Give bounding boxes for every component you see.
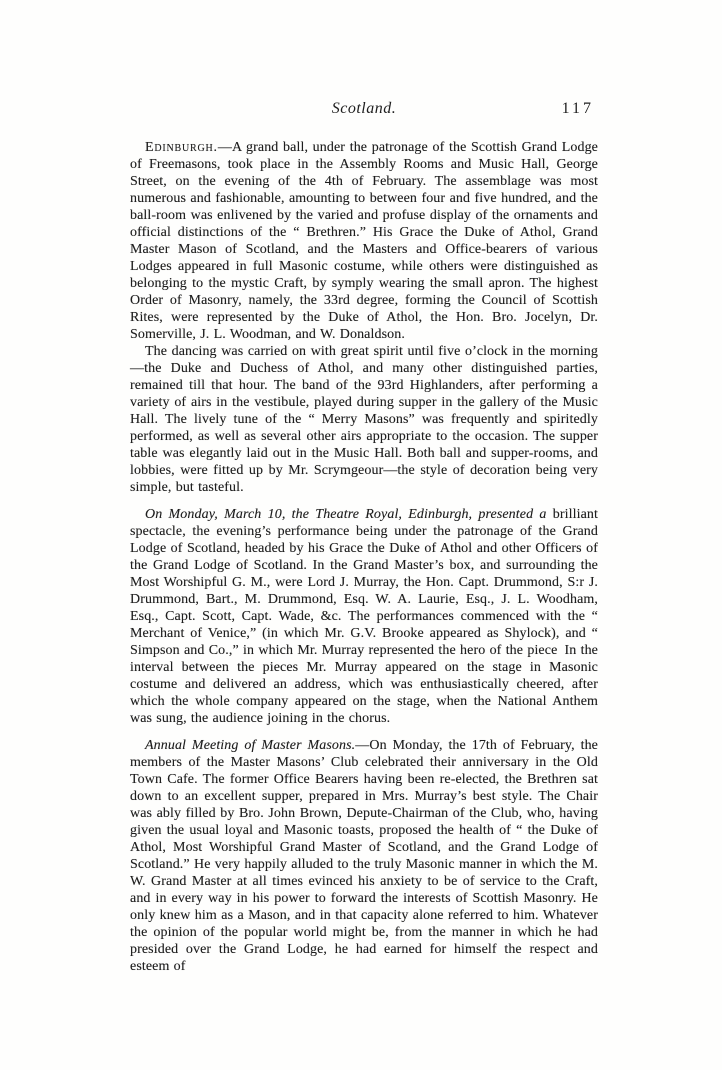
text-segment-italic: Annual Meeting of Master Masons. [145,738,355,753]
text-segment-roman: brilliant spectacle, the evening’s perfo… [130,507,598,726]
article-body: Edinburgh.—A grand ball, under the patro… [130,139,598,975]
paragraph-theatre-royal: On Monday, March 10, the Theatre Royal, … [130,506,598,727]
text-segment-smallcaps: Edinburgh. [145,140,218,155]
paragraph-edinburgh-grand-ball: Edinburgh.—A grand ball, under the patro… [130,139,598,343]
page-number: 117 [562,100,594,118]
text-segment-roman: The dancing was carried on with great sp… [130,344,598,495]
text-column: Scotland. 117 Edinburgh.—A grand ball, u… [130,100,598,975]
text-segment-italic: On Monday, March 10, the Theatre Royal, … [145,507,547,522]
running-header: Scotland. 117 [130,100,598,124]
paragraph-the-dancing: The dancing was carried on with great sp… [130,343,598,496]
running-head-title: Scotland. [130,100,598,118]
paragraph-annual-meeting-master-masons: Annual Meeting of Master Masons.—On Mond… [130,737,598,975]
scanned-page: Scotland. 117 Edinburgh.—A grand ball, u… [0,0,722,1070]
text-segment-roman: —A grand ball, under the patronage of th… [130,140,598,342]
text-segment-roman: —On Monday, the 17th of February, the me… [130,738,598,974]
